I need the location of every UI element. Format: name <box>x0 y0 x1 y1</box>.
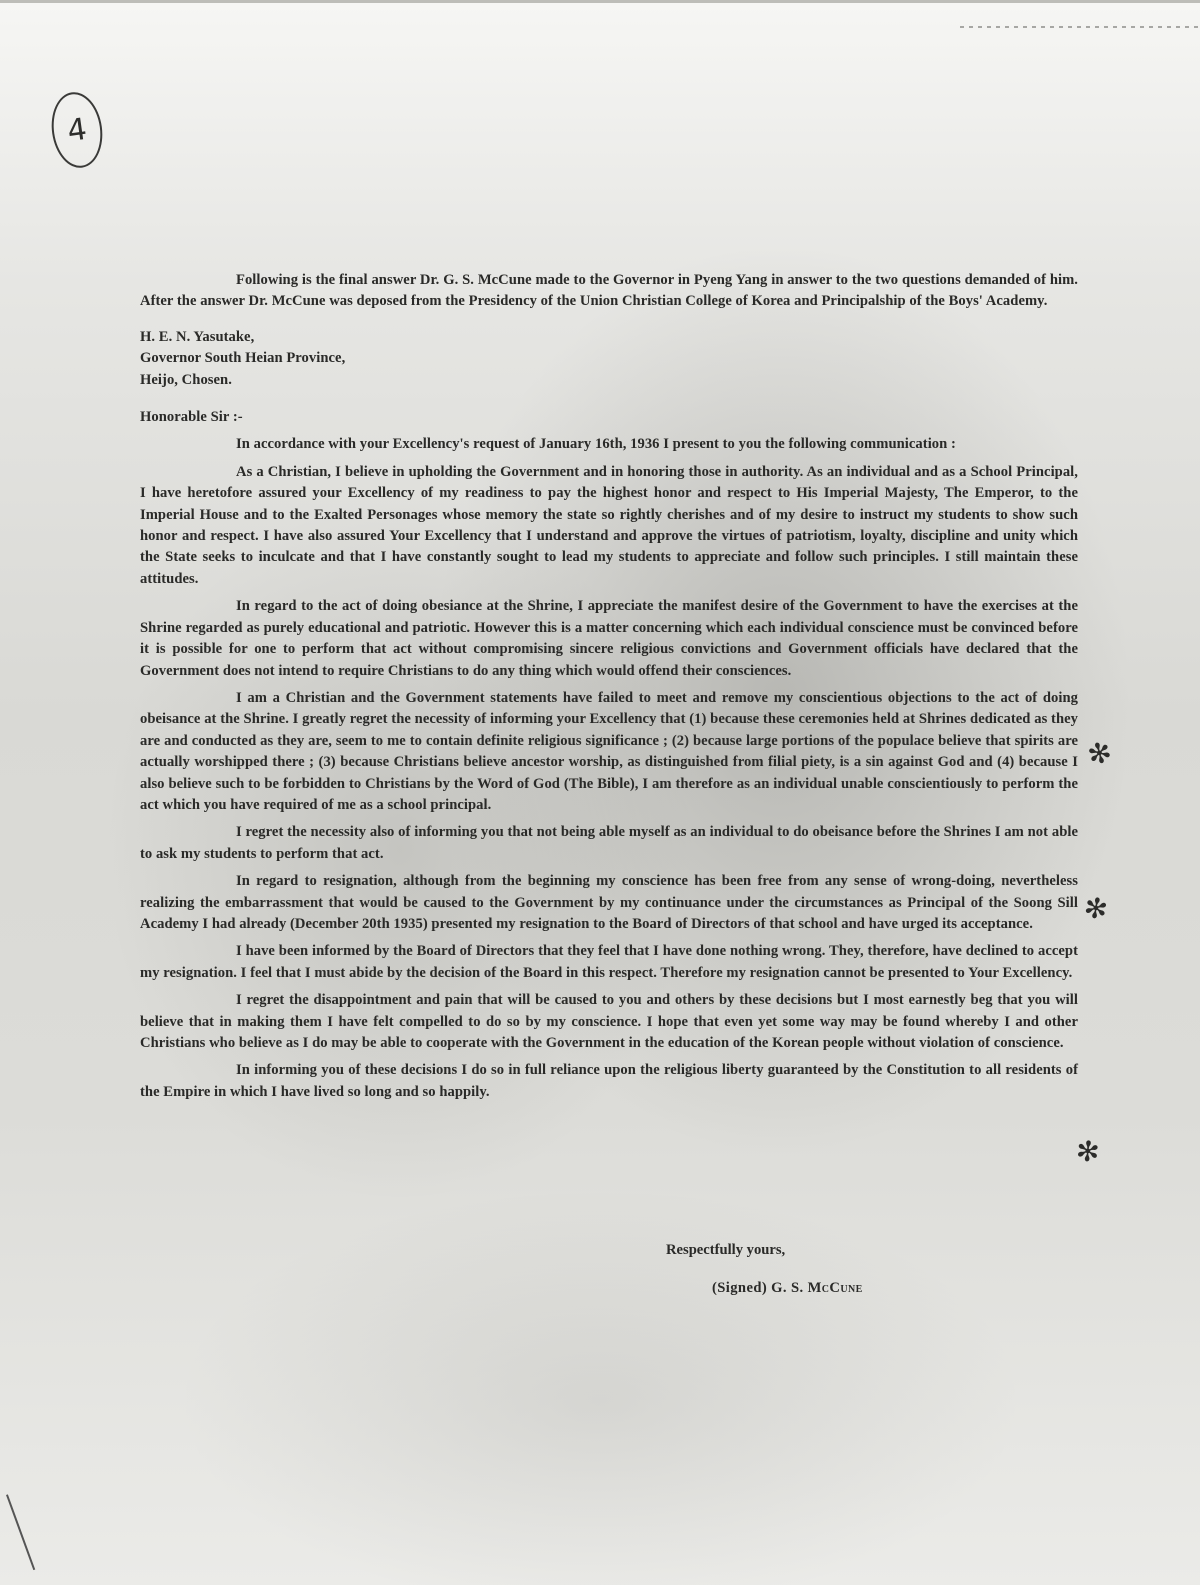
handwritten-asterisk-icon: ✻ <box>1082 893 1110 925</box>
signature: (Signed) G. S. McCune <box>712 1280 863 1297</box>
scan-top-edge <box>0 0 1200 3</box>
handwritten-asterisk-icon: ✻ <box>1085 737 1115 770</box>
salutation: Honorable Sir :- <box>140 407 1078 428</box>
letter-body: Following is the final answer Dr. G. S. … <box>140 270 1078 1103</box>
body-paragraph-5: I regret the necessity also of informing… <box>140 822 1078 865</box>
handwritten-margin-stroke <box>6 1494 35 1570</box>
body-paragraph-2: As a Christian, I believe in upholding t… <box>140 462 1078 590</box>
address-line-2: Governor South Heian Province, <box>140 348 1078 369</box>
body-paragraph-6: In regard to resignation, although from … <box>140 871 1078 935</box>
signature-prefix: (Signed) <box>712 1280 767 1296</box>
signature-name: G. S. McCune <box>771 1280 863 1296</box>
address-line-3: Heijo, Chosen. <box>140 370 1078 391</box>
scan-artifact-streak <box>960 26 1200 28</box>
body-paragraph-3: In regard to the act of doing obesiance … <box>140 596 1078 682</box>
scanned-page: 4 Following is the final answer Dr. G. S… <box>0 0 1200 1585</box>
body-paragraph-4: I am a Christian and the Government stat… <box>140 688 1078 816</box>
body-paragraph-8: I regret the disappointment and pain tha… <box>140 990 1078 1054</box>
closing: Respectfully yours, <box>666 1242 785 1259</box>
handwritten-asterisk-icon: ✻ <box>1075 1137 1101 1167</box>
body-paragraph-9: In informing you of these decisions I do… <box>140 1060 1078 1103</box>
body-paragraph-1: In accordance with your Excellency's req… <box>140 434 1078 455</box>
address-line-1: H. E. N. Yasutake, <box>140 327 1078 348</box>
body-paragraph-7: I have been informed by the Board of Dir… <box>140 941 1078 984</box>
handwritten-page-number-circled: 4 <box>47 89 107 171</box>
page-number-text: 4 <box>65 111 89 148</box>
intro-paragraph: Following is the final answer Dr. G. S. … <box>140 270 1078 313</box>
